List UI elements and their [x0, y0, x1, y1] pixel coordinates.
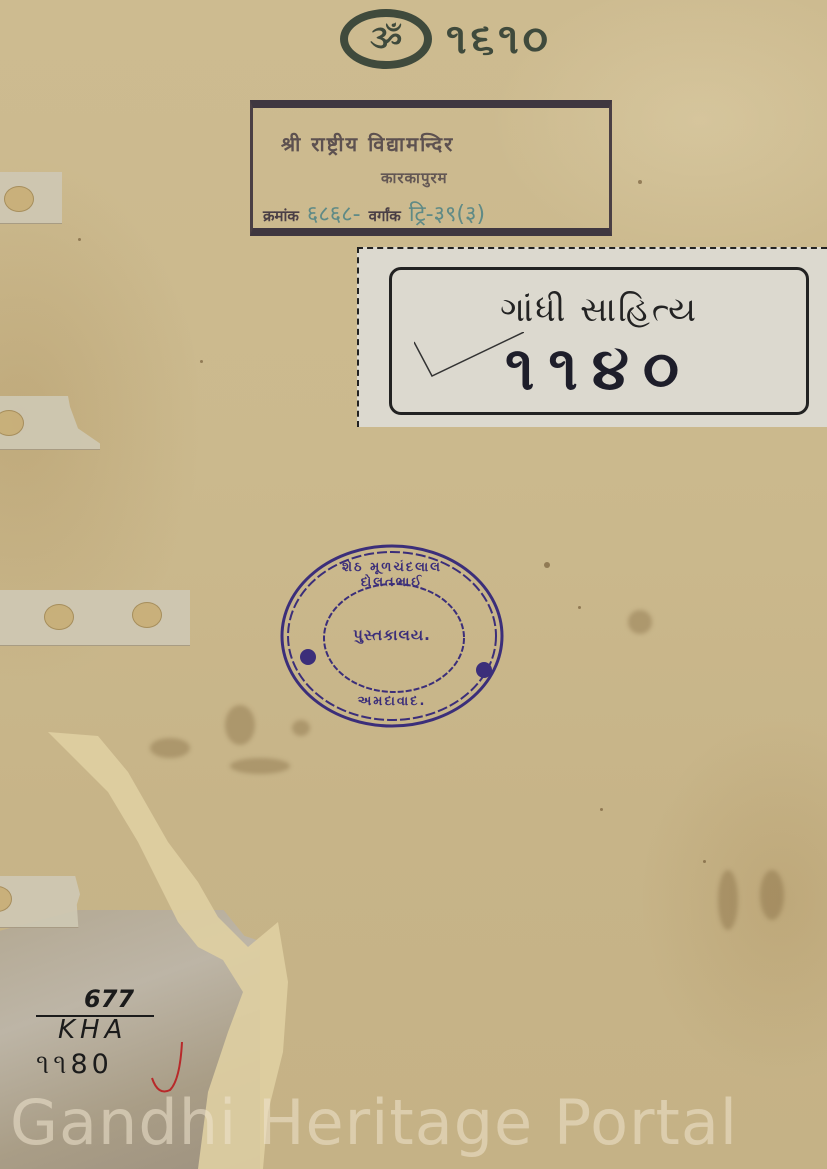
vargank-value: ट्रि-३९(३) — [409, 198, 485, 228]
tape-hole — [0, 410, 24, 436]
kramank-label: क्रमांक — [263, 206, 299, 226]
speck — [578, 606, 581, 609]
gandhi-sahitya-label: ગાંધી સાહિત્ય ૧૧૪૦ — [357, 247, 827, 427]
stain — [760, 870, 784, 920]
watermark: Gandhi Heritage Portal — [10, 1086, 738, 1159]
om-glyph: ૐ — [340, 9, 432, 69]
tape-strip — [0, 590, 190, 646]
label-frame: ગાંધી સાહિત્ય ૧૧૪૦ — [389, 267, 809, 415]
speck — [638, 180, 642, 184]
stamp-outer-bottom: અમદાવાદ. — [278, 694, 506, 709]
tape-hole — [132, 602, 162, 628]
call-number-middle: KHA — [58, 1015, 127, 1045]
kramank-value: ६८६८- — [307, 198, 361, 228]
tape-hole — [44, 604, 74, 630]
speck — [200, 360, 203, 363]
stain — [628, 610, 652, 634]
top-handwritten-number: ૐ ૧૬૧૦ — [340, 4, 552, 74]
tape-hole — [0, 886, 12, 912]
check-mark-icon — [414, 332, 524, 382]
speck — [600, 808, 603, 811]
call-number-top: 677 — [84, 985, 134, 1013]
accession-number: ૧૬૧૦ — [446, 14, 552, 64]
tape-strip — [0, 876, 80, 928]
stain — [718, 870, 738, 930]
library-place: कारकापुरम — [381, 168, 448, 188]
library-name: श्री राष्ट्रीय विद्यामन्दिर — [281, 130, 454, 157]
library-stamp: श्री राष्ट्रीय विद्यामन्दिर कारकापुरम क्… — [250, 100, 612, 236]
tape-strip — [0, 172, 62, 224]
vargank-label: वर्गांक — [369, 206, 401, 226]
call-number-bottom: ૧૧80 — [36, 1049, 113, 1081]
speck — [703, 860, 706, 863]
label-title: ગાંધી સાહિત્ય — [392, 290, 806, 330]
speck — [78, 238, 81, 241]
stamp-center: પુસ્તકાલય. — [278, 626, 506, 644]
stamp-outer-top: શેઠ મૂળચંદલાલ દોલતભાઈ — [318, 560, 466, 590]
tape-hole — [4, 186, 34, 212]
library-numbers: क्रमांक ६८६८- वर्गांक ट्रि-३९(३) — [263, 198, 485, 228]
library-round-stamp: શેઠ મૂળચંદલાલ દોલતભાઈ પુસ્તકાલય. અમદાવાદ… — [278, 542, 506, 730]
speck — [544, 562, 550, 568]
